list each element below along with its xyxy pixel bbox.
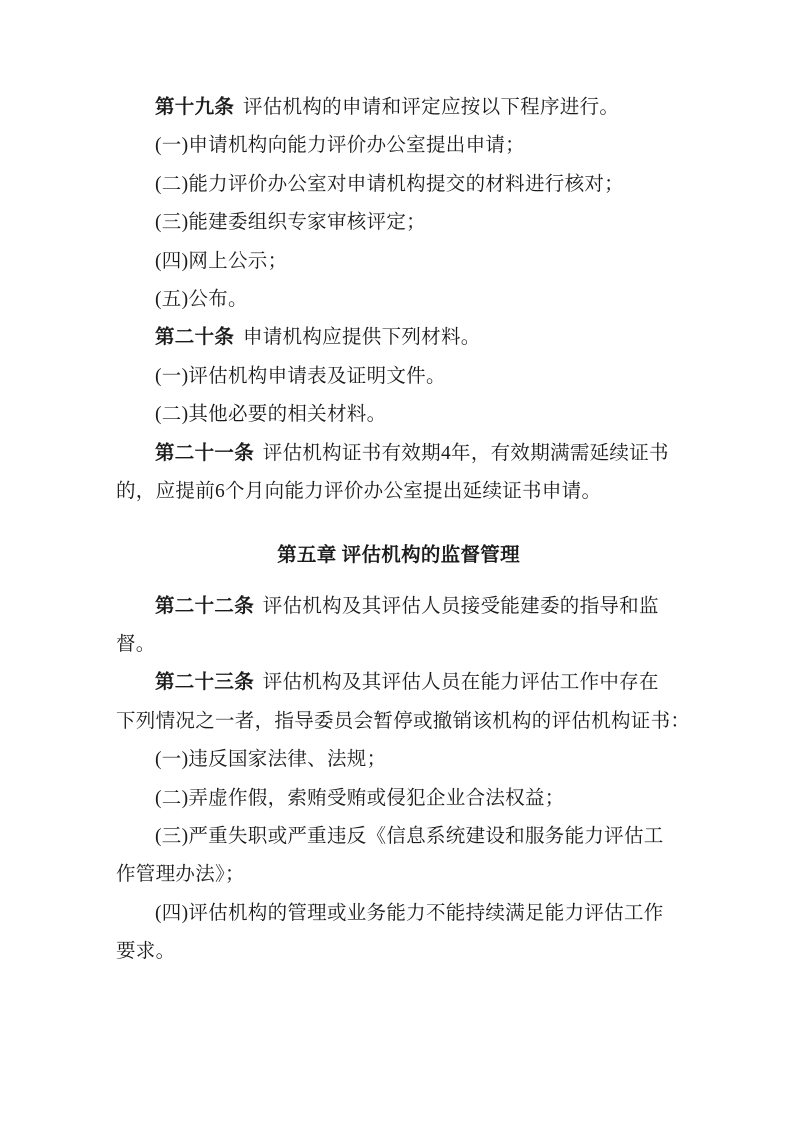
article-first-line: 第二十三条评估机构及其评估人员在能力评估工作中存在 — [116, 664, 681, 702]
line-text: (二)能力评价办公室对申请机构提交的材料进行核对； — [155, 174, 624, 195]
line-text: (四)评估机构的管理或业务能力不能持续满足能力评估工作 — [155, 903, 664, 924]
line-text: (五)公布。 — [155, 289, 248, 310]
line-text: 评估机构及其评估人员在能力评估工作中存在 — [263, 672, 659, 693]
article-first-line: 第二十二条评估机构及其评估人员接受能建委的指导和监 — [116, 588, 681, 626]
article-number: 第十九条 — [155, 97, 234, 118]
document-line: 要求。 — [116, 933, 681, 971]
document-page: 第十九条评估机构的申请和评定应按以下程序进行。(一)申请机构向能力评价办公室提出… — [0, 0, 793, 1122]
document-line: (五)公布。 — [116, 281, 681, 319]
document-line: (二)其他必要的相关材料。 — [116, 396, 681, 434]
chapter-heading-text: 第五章 评估机构的监督管理 — [277, 545, 520, 566]
document-line: 作管理办法》； — [116, 856, 681, 894]
document-line: (一)申请机构向能力评价办公室提出申请； — [116, 127, 681, 165]
document-line: (二)弄虚作假，索贿受贿或侵犯企业合法权益； — [116, 780, 681, 818]
article-number: 第二十一条 — [155, 443, 254, 464]
line-text: (一)评估机构申请表及证明文件。 — [155, 366, 446, 387]
article-first-line: 第二十条申请机构应提供下列材料。 — [116, 319, 681, 357]
line-text: (三)能建委组织专家审核评定； — [155, 212, 426, 233]
document-line: 下列情况之一者，指导委员会暂停或撤销该机构的评估机构证书： — [116, 703, 681, 741]
document-line: (四)网上公示； — [116, 243, 681, 281]
line-text: 督。 — [116, 634, 156, 655]
document-line: 督。 — [116, 626, 681, 664]
line-text: (四)网上公示； — [155, 251, 287, 272]
document-content: 第十九条评估机构的申请和评定应按以下程序进行。(一)申请机构向能力评价办公室提出… — [0, 0, 793, 972]
line-text: 评估机构的申请和评定应按以下程序进行。 — [243, 97, 619, 118]
article-first-line: 第十九条评估机构的申请和评定应按以下程序进行。 — [116, 89, 681, 127]
document-line: (三)严重失职或严重违反《信息系统建设和服务能力评估工 — [116, 818, 681, 856]
article-number: 第二十三条 — [155, 672, 254, 693]
article-first-line: 第二十一条评估机构证书有效期4年，有效期满需延续证书 — [116, 435, 681, 473]
line-text: 作管理办法》； — [116, 864, 245, 885]
line-text: (一)违反国家法律、法规； — [155, 749, 386, 770]
line-text: 评估机构证书有效期4年，有效期满需延续证书 — [263, 443, 669, 464]
document-line: (三)能建委组织专家审核评定； — [116, 204, 681, 242]
line-text: (三)严重失职或严重违反《信息系统建设和服务能力评估工 — [155, 826, 664, 847]
document-line: (一)评估机构申请表及证明文件。 — [116, 358, 681, 396]
line-text: (二)其他必要的相关材料。 — [155, 404, 386, 425]
chapter-heading: 第五章 评估机构的监督管理 — [116, 537, 681, 575]
document-line: (一)违反国家法律、法规； — [116, 741, 681, 779]
line-text: 评估机构及其评估人员接受能建委的指导和监 — [263, 596, 659, 617]
line-text: (一)申请机构向能力评价办公室提出申请； — [155, 135, 525, 156]
document-line: (二)能力评价办公室对申请机构提交的材料进行核对； — [116, 166, 681, 204]
line-text: 下列情况之一者，指导委员会暂停或撤销该机构的评估机构证书： — [116, 711, 690, 732]
line-text: 的，应提前6个月向能力评价办公室提出延续证书申请。 — [116, 481, 601, 502]
document-line: 的，应提前6个月向能力评价办公室提出延续证书申请。 — [116, 473, 681, 511]
line-text: 要求。 — [116, 941, 175, 962]
document-line: (四)评估机构的管理或业务能力不能持续满足能力评估工作 — [116, 895, 681, 933]
article-number: 第二十条 — [155, 327, 234, 348]
article-number: 第二十二条 — [155, 596, 254, 617]
line-text: 申请机构应提供下列材料。 — [243, 327, 481, 348]
line-text: (二)弄虚作假，索贿受贿或侵犯企业合法权益； — [155, 788, 565, 809]
